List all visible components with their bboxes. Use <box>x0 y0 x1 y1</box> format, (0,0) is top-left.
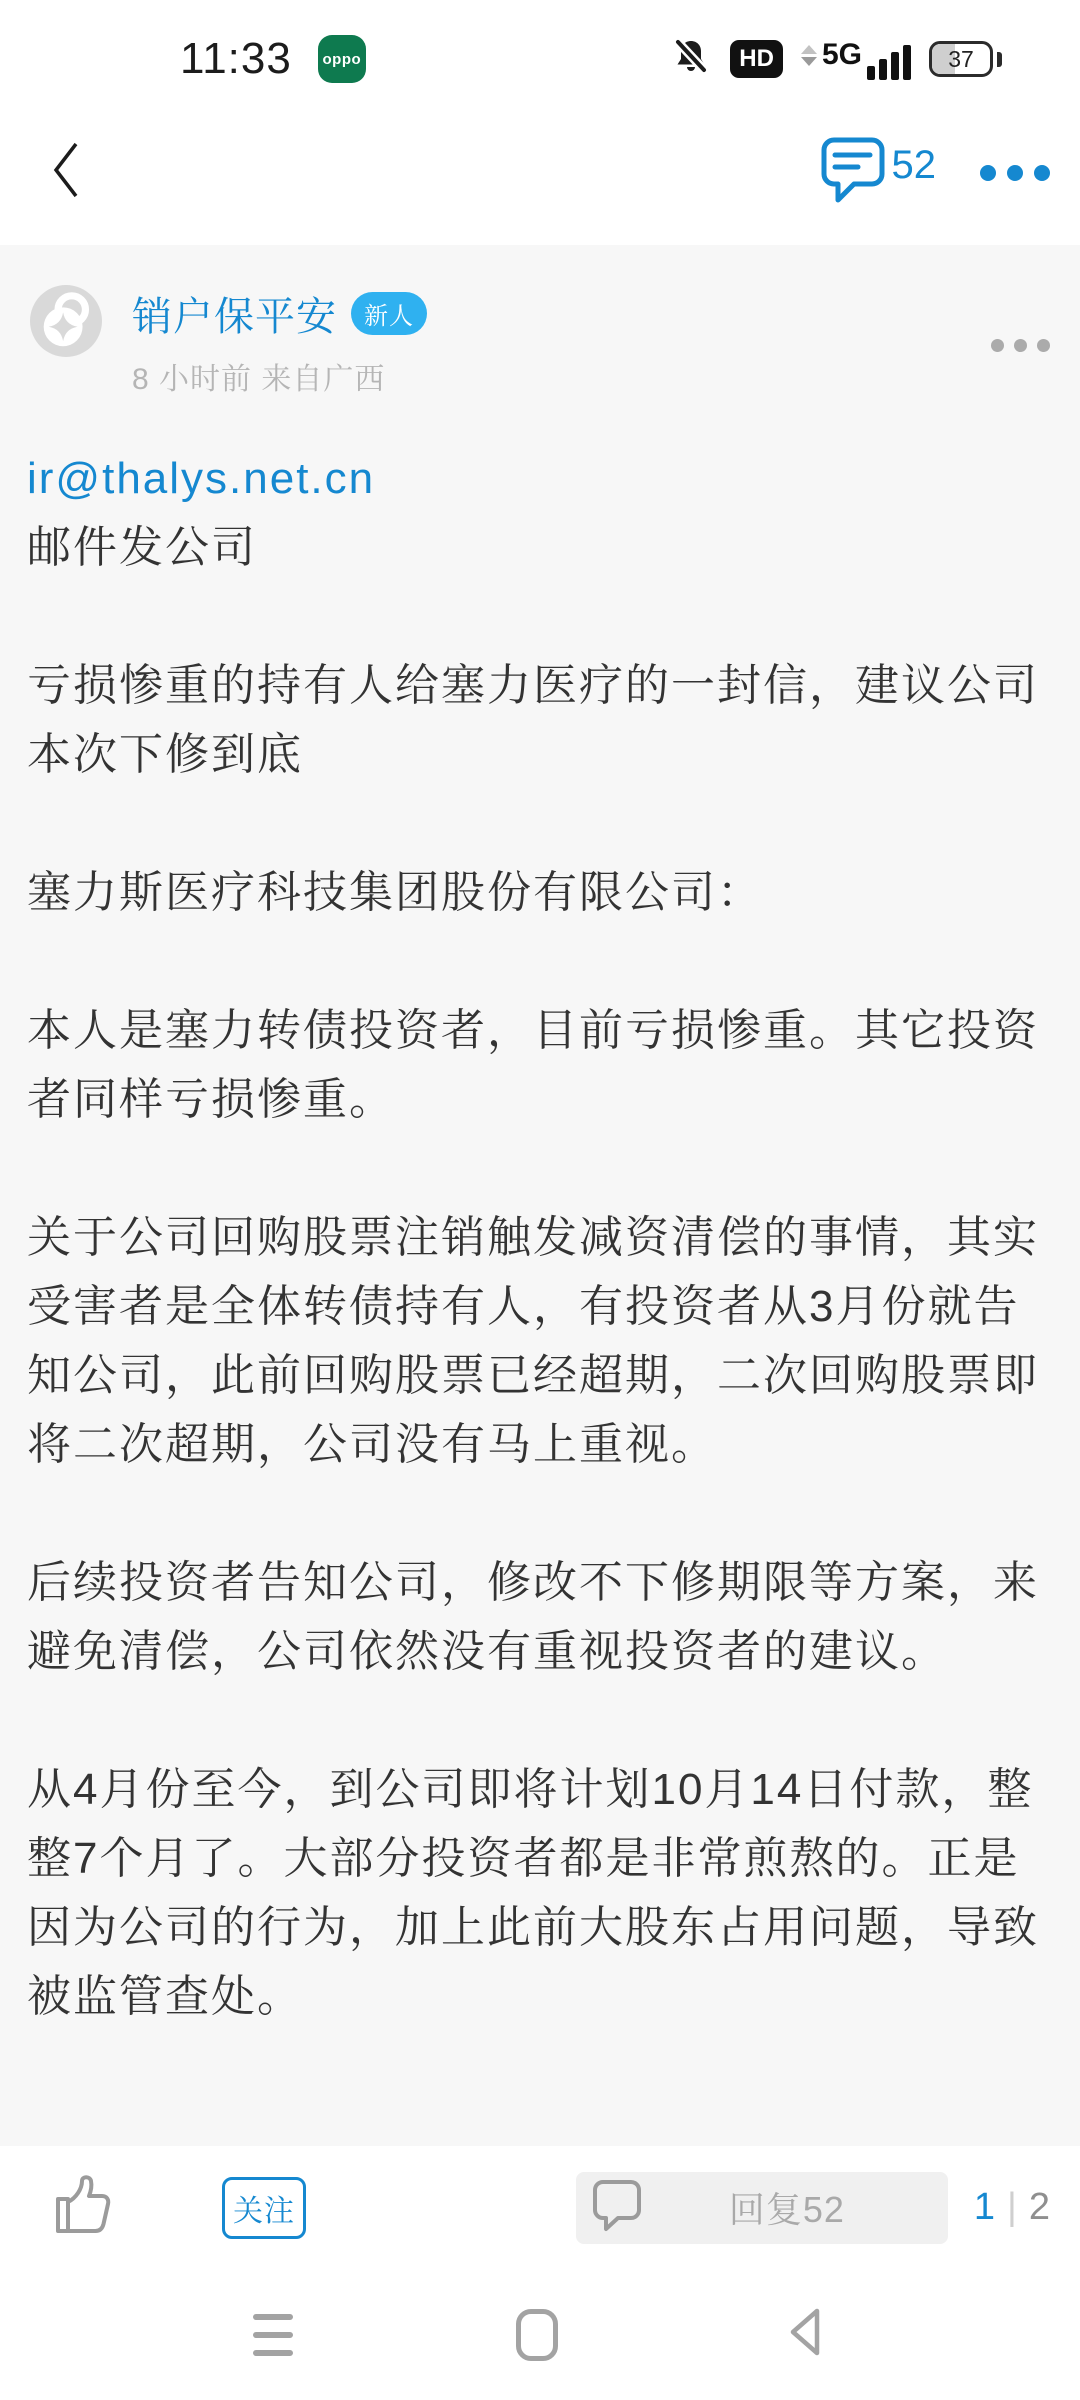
paragraph: 本人是塞力转债投资者，目前亏损惨重。其它投资者同样亏损惨重。 <box>27 996 1053 1134</box>
post-header: 销户保平安 新人 8 小时前 来自广西 <box>0 245 1080 398</box>
battery-icon: 37 <box>929 41 993 77</box>
comment-count[interactable]: 52 <box>892 143 937 188</box>
status-icons: HD 5G 37 <box>670 36 1002 83</box>
newbie-badge: 新人 <box>351 292 427 335</box>
home-button[interactable] <box>516 2309 558 2361</box>
more-options-button[interactable] <box>980 165 1050 181</box>
back-button[interactable] <box>44 137 88 208</box>
signal-bars-icon <box>867 45 911 80</box>
signal-5g-icon: 5G <box>801 38 911 80</box>
post-content-area: 销户保平安 新人 8 小时前 来自广西 ir@thalys.net.cn 邮件发… <box>0 245 1080 2146</box>
back-nav-button[interactable] <box>781 2303 827 2366</box>
author-name[interactable]: 销户保平安 <box>132 285 337 342</box>
clock: 11:33 <box>180 34 292 84</box>
email-link[interactable]: ir@thalys.net.cn <box>27 444 1053 513</box>
data-arrows-icon <box>801 45 817 66</box>
top-nav-bar: 52 <box>0 100 1080 245</box>
follow-button[interactable]: 关注 <box>222 2177 306 2239</box>
paragraph: 亏损惨重的持有人给塞力医疗的一封信，建议公司本次下修到底 <box>27 651 1053 789</box>
status-bar: 11:33 oppo HD 5G 37 <box>0 0 1080 100</box>
mute-icon <box>670 36 712 83</box>
reply-input[interactable]: 回复52 <box>576 2172 948 2244</box>
oppo-notification-icon: oppo <box>318 35 366 83</box>
avatar[interactable] <box>30 285 102 357</box>
paragraph: 后续投资者告知公司，修改不下修期限等方案，来避免清偿，公司依然没有重视投资者的建… <box>27 1548 1053 1686</box>
battery-nub <box>997 52 1002 67</box>
system-nav-bar <box>0 2269 1080 2400</box>
post-meta: 8 小时前 来自广西 <box>132 354 427 398</box>
hd-icon: HD <box>730 40 783 78</box>
paragraph: ir@thalys.net.cn 邮件发公司 <box>27 444 1053 582</box>
recents-button[interactable] <box>253 2314 293 2356</box>
action-bar: 关注 回复52 1 | 2 <box>0 2146 1080 2269</box>
post-body: ir@thalys.net.cn 邮件发公司 亏损惨重的持有人给塞力医疗的一封信… <box>0 398 1080 2031</box>
reply-bubble-icon <box>592 2177 642 2238</box>
post-more-button[interactable] <box>991 339 1050 352</box>
total-pages[interactable]: 2 <box>1029 2186 1050 2229</box>
reply-count-label: 回复52 <box>642 2182 932 2233</box>
paragraph: 塞力斯医疗科技集团股份有限公司： <box>27 858 1053 927</box>
paragraph: 从4月份至今，到公司即将计划10月14日付款，整整7个月了。大部分投资者都是非常… <box>27 1755 1053 2031</box>
current-page[interactable]: 1 <box>974 2186 995 2229</box>
comments-button[interactable] <box>820 134 886 211</box>
email-note: 邮件发公司 <box>27 513 1053 582</box>
paragraph: 关于公司回购股票注销触发减资清偿的事情，其实受害者是全体转债持有人，有投资者从3… <box>27 1203 1053 1479</box>
pagination[interactable]: 1 | 2 <box>974 2186 1050 2229</box>
like-button[interactable] <box>50 2171 114 2244</box>
page-divider: | <box>1007 2186 1017 2229</box>
